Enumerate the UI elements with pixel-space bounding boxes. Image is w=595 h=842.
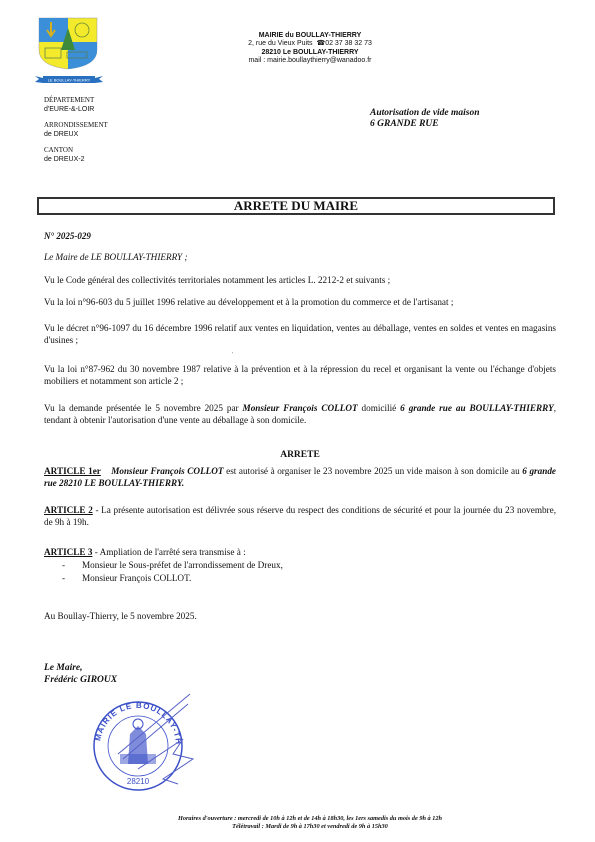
vu-demande: Vu la demande présentée le 5 novembre 20…	[44, 402, 556, 426]
arrondissement-value: de DREUX	[44, 130, 108, 139]
arrondissement-label: ARRONDISSEMENT	[44, 121, 108, 130]
arrete-heading: ARRETE	[44, 450, 556, 460]
vu-decret-96-1097: Vu le décret n°96-1097 du 16 décembre 19…	[44, 322, 556, 346]
municipal-crest-logo	[37, 16, 99, 70]
footer-hours: Horaires d'ouverture : mercredi de 10h à…	[120, 815, 500, 831]
crest-ribbon: LE BOULLAY-THIERRY	[35, 74, 103, 84]
vu-loi-87-962: Vu la loi n°87-962 du 30 novembre 1987 r…	[44, 363, 556, 387]
subject-line-1: Autorisation de vide maison	[370, 108, 480, 119]
document-subject: Autorisation de vide maison 6 GRANDE RUE	[370, 108, 480, 130]
canton-label: CANTON	[44, 146, 108, 155]
svg-text:28210: 28210	[127, 777, 150, 786]
signature-block: Le Maire, Frédéric GIROUX	[44, 662, 117, 686]
recipient-item: -Monsieur François COLLOT.	[62, 572, 191, 584]
mairie-email: mail : mairie.boullaythierry@wanadoo.fr	[205, 57, 415, 65]
departement-value: d'EURE-&-LOIR	[44, 105, 108, 114]
signatory-role: Le Maire,	[44, 662, 117, 674]
maire-line: Le Maire de LE BOULLAY-THIERRY ;	[44, 251, 556, 263]
opening-hours: Horaires d'ouverture : mercredi de 10h à…	[120, 815, 500, 823]
article-1: ARTICLE 1er Monsieur François COLLOT est…	[44, 465, 556, 489]
mairie-address: 2, rue du Vieux Puits ☎02 37 38 32 73	[205, 40, 415, 48]
canton-value: de DREUX-2	[44, 155, 108, 164]
mairie-postal: 28210 Le BOULLAY-THIERRY	[205, 49, 415, 57]
svg-text:LE BOULLAY-THIERRY: LE BOULLAY-THIERRY	[48, 78, 91, 83]
recipient-item: -Monsieur le Sous-préfet de l'arrondisse…	[62, 559, 283, 571]
mairie-address-block: MAIRIE du BOULLAY-THIERRY 2, rue du Vieu…	[205, 32, 415, 66]
article-3: ARTICLE 3 - Ampliation de l'arrêté sera …	[44, 546, 556, 558]
phone-icon: ☎	[316, 40, 325, 47]
scan-speck: '	[232, 352, 233, 358]
vu-loi-96-603: Vu la loi n°96-603 du 5 juillet 1996 rel…	[44, 296, 556, 308]
official-stamp-icon: MAIRIE LE BOULLAY-THIERRY 28210	[78, 684, 198, 804]
arrete-number: N° 2025-029	[44, 231, 91, 241]
telework-hours: Télétravail : Mardi de 9h à 17h30 et ven…	[120, 823, 500, 831]
subject-line-2: 6 GRANDE RUE	[370, 119, 480, 130]
date-line: Au Boullay-Thierry, le 5 novembre 2025.	[44, 610, 556, 622]
document-title: ARRETE DU MAIRE	[37, 197, 555, 215]
article-2: ARTICLE 2 - La présente autorisation est…	[44, 504, 556, 528]
departement-label: DÉPARTEMENT	[44, 96, 108, 105]
administrative-info: DÉPARTEMENT d'EURE-&-LOIR ARRONDISSEMENT…	[44, 96, 108, 171]
vu-code-general: Vu le Code général des collectivités ter…	[44, 274, 556, 286]
